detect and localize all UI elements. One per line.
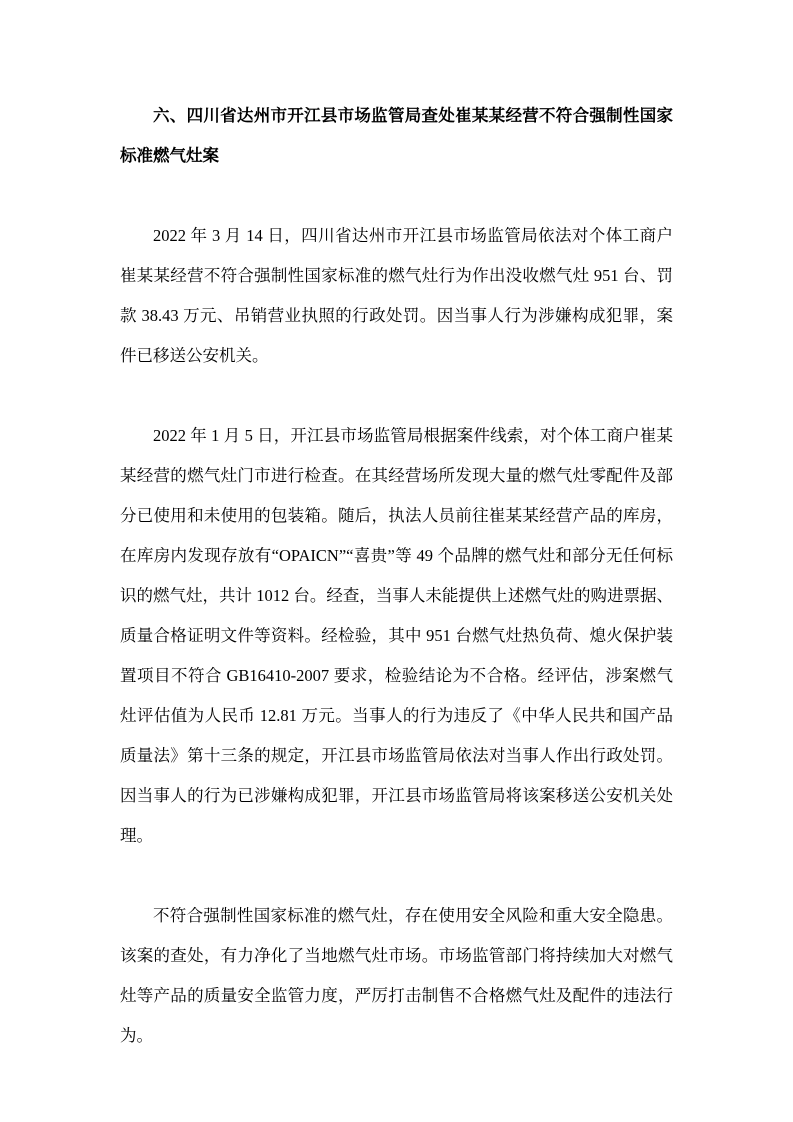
paragraph-penalty-decision: 2022 年 3 月 14 日，四川省达州市开江县市场监管局依法对个体工商户崔某… [120, 216, 673, 376]
paragraph-case-significance: 不符合强制性国家标准的燃气灶，存在使用安全风险和重大安全隐患。该案的查处，有力净… [120, 896, 673, 1056]
paragraph-case-details: 2022 年 1 月 5 日，开江县市场监管局根据案件线索，对个体工商户崔某某经… [120, 416, 673, 856]
document-title: 六、四川省达州市开江县市场监管局查处崔某某经营不符合强制性国家标准燃气灶案 [120, 96, 673, 176]
document-page: 六、四川省达州市开江县市场监管局查处崔某某经营不符合强制性国家标准燃气灶案 20… [0, 0, 793, 1122]
